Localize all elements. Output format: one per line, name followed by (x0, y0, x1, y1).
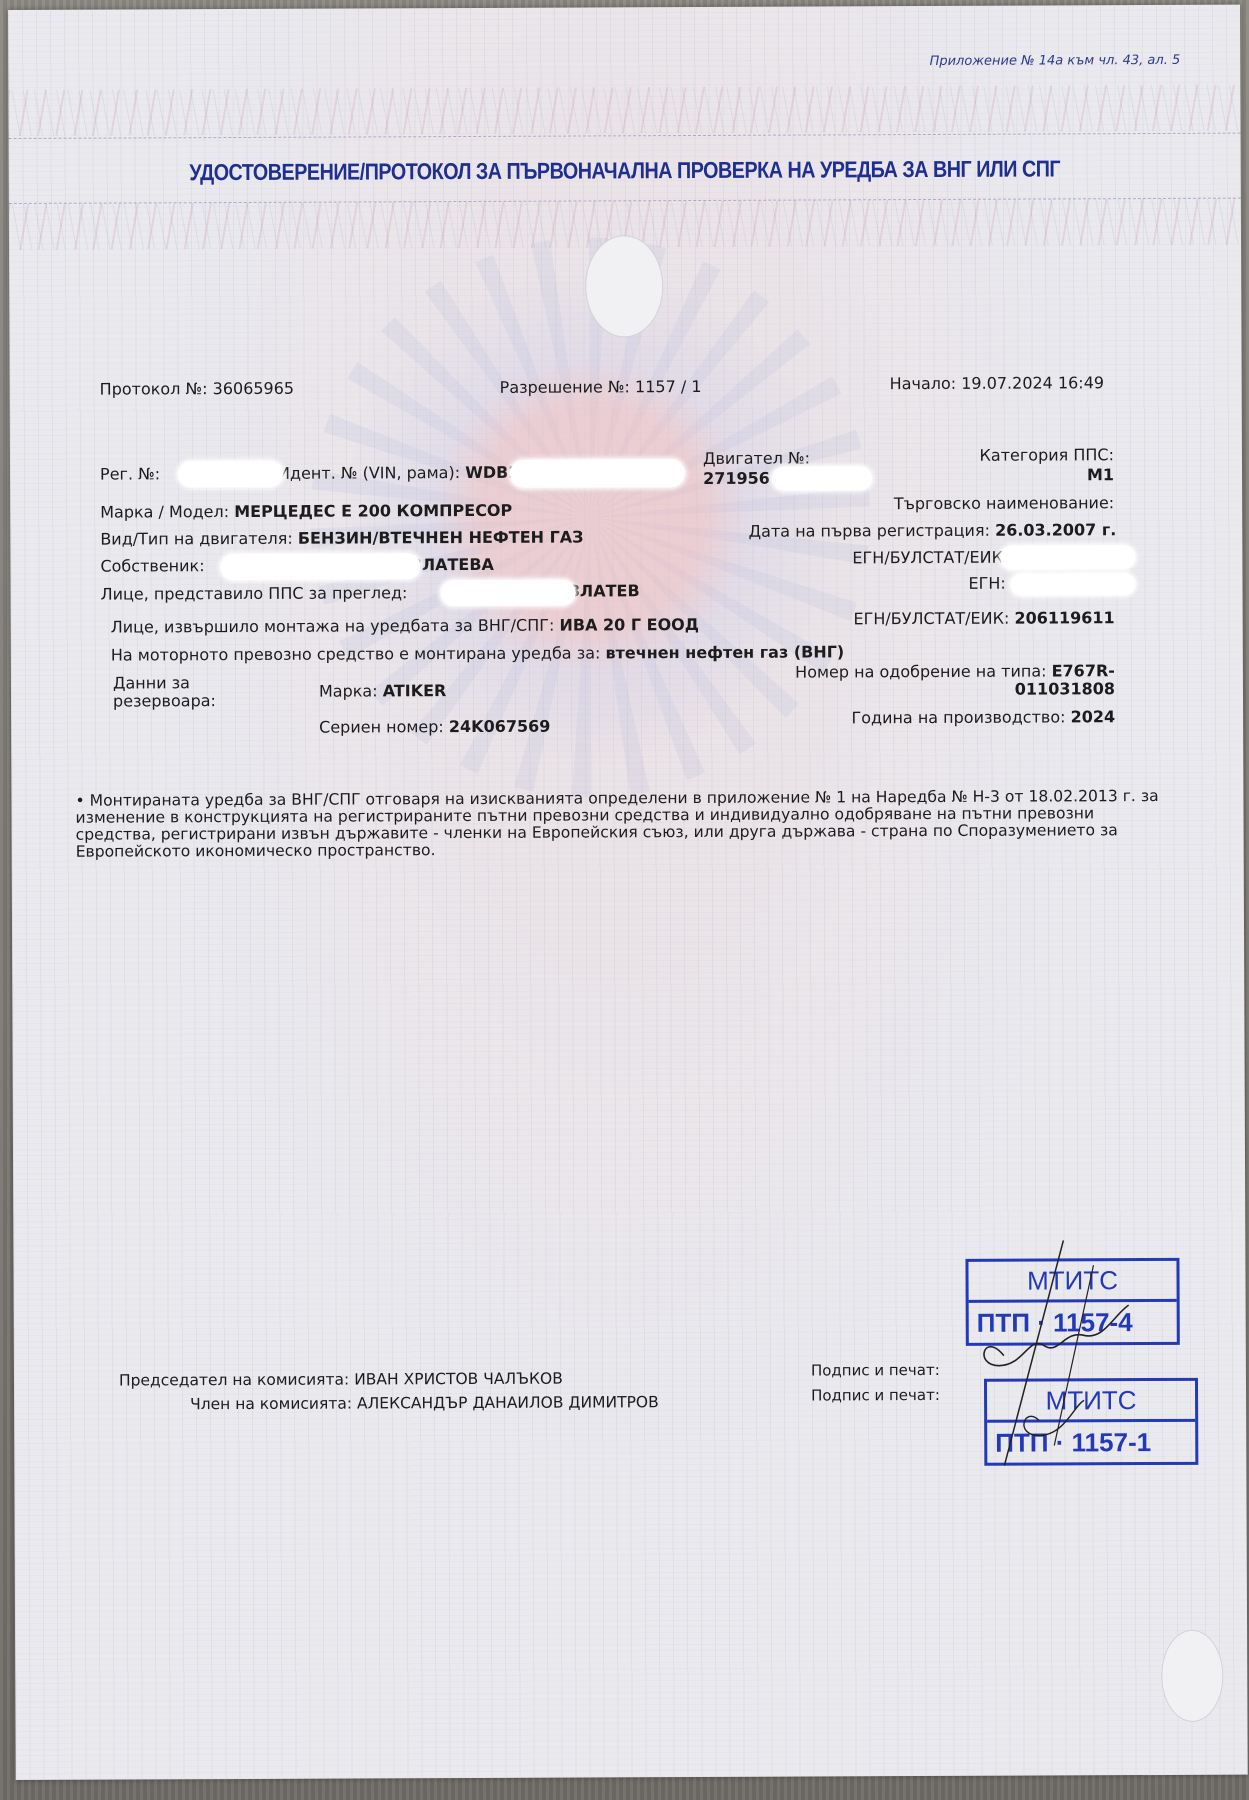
year-label: Година на производство: (851, 707, 1065, 727)
installer-label: Лице, извършило монтажа на уредбата за В… (111, 616, 555, 637)
certificate-sheet: Приложение № 14а към чл. 43, ал. 5 УДОСТ… (8, 5, 1248, 1780)
engine-type: Вид/Тип на двигателя: БЕНЗИН/ВТЕЧНЕН НЕФ… (100, 527, 583, 548)
tank-label-line1: Данни за (113, 674, 216, 692)
chair-label: Председател на комисията: (119, 1371, 349, 1390)
vin-label: Идент. № (VIN, рама): (278, 463, 460, 483)
redaction-reg-number (178, 461, 283, 487)
reg-label: Рег. №: (100, 464, 160, 483)
redaction-presenter-id (1010, 573, 1135, 596)
tank-serial: Сериен номер: 24K067569 (319, 717, 550, 737)
presenter: Лице, представило ППС за преглед: (101, 583, 408, 603)
tank-brand-value: ATIKER (383, 681, 447, 700)
signature-label-member: Подпис и печат: (811, 1386, 940, 1405)
make-model-label: Марка / Модел: (100, 502, 229, 522)
installed-system-label: На моторното превозно средство е монтира… (111, 643, 601, 664)
member-label: Член на комисията: (190, 1395, 352, 1414)
production-year: Година на производство: 2024 (851, 707, 1115, 727)
stamp-2-code: ПТП · 1157-1 (987, 1422, 1195, 1463)
annex-reference: Приложение № 14а към чл. 43, ал. 5 (930, 53, 1181, 69)
category-value: M1 (1087, 465, 1114, 484)
trade-name-label: Търговско наименование: (894, 493, 1114, 513)
first-reg-value: 26.03.2007 г. (995, 520, 1116, 540)
stamp-1-authority: МТИТС (968, 1261, 1176, 1303)
redaction-presenter (440, 580, 575, 607)
official-stamp-2: МТИТС ПТП · 1157-1 (984, 1378, 1198, 1466)
category-label: Категория ППС: (979, 445, 1114, 465)
permit-number: Разрешение №: 1157 / 1 (500, 377, 702, 397)
permit-label: Разрешение №: (500, 377, 630, 397)
tank-section-label: Данни за резервоара: (113, 674, 216, 710)
guilloche-band-top (8, 85, 1240, 136)
presenter-value: ЗЛАТЕВ (568, 581, 639, 600)
official-stamp-1: МТИТС ПТП · 1157-4 (965, 1258, 1179, 1346)
start-datetime: Начало: 19.07.2024 16:49 (890, 373, 1104, 393)
redaction-owner-id (1000, 545, 1135, 570)
chair-name: ИВАН ХРИСТОВ ЧАЛЪКОВ (354, 1370, 563, 1389)
watermark-oval-top (585, 235, 663, 337)
protocol-number: Протокол №: 36065965 (100, 379, 295, 399)
approval-label: Номер на одобрение на типа: (795, 661, 1046, 681)
type-approval: Номер на одобрение на типа: E767R- 01103… (795, 662, 1115, 699)
installed-system-value: втечнен нефтен газ (ВНГ) (605, 642, 844, 662)
presenter-text: ЗЛАТЕВ (568, 581, 639, 600)
redaction-engine-number (772, 466, 872, 490)
installer: Лице, извършило монтажа на уредбата за В… (111, 615, 699, 637)
document-title: УДОСТОВЕРЕНИЕ/ПРОТОКОЛ ЗА ПЪРВОНАЧАЛНА П… (95, 155, 1155, 187)
permit-value: 1157 / 1 (635, 377, 702, 396)
signature-label-chair: Подпис и печат: (811, 1361, 940, 1380)
commission-member: Член на комисията: АЛЕКСАНДЪР ДАНАИЛОВ Д… (190, 1393, 659, 1413)
owner-text: ЗЛАТЕВА (410, 555, 494, 574)
engine-number-value: 271956 (703, 469, 770, 488)
make-model: Марка / Модел: МЕРЦЕДЕС Е 200 КОМПРЕСОР (100, 501, 512, 522)
tank-label-line2: резервоара: (113, 692, 216, 710)
tank-brand-label: Марка: (319, 681, 378, 700)
tank-serial-value: 24K067569 (449, 717, 551, 736)
owner-label: Собственик: (100, 556, 204, 575)
presenter-label: Лице, представило ППС за преглед: (101, 583, 408, 603)
presenter-id-label: ЕГН: (968, 574, 1005, 593)
watermark-oval-bottom (1161, 1630, 1223, 1722)
stamp-1-code: ПТП · 1157-4 (969, 1302, 1177, 1343)
owner: Собственик: (100, 556, 204, 575)
protocol-value: 36065965 (213, 379, 295, 398)
approval-value-line2: 011031808 (1015, 679, 1115, 698)
start-label: Начало: (890, 374, 957, 393)
make-model-value: МЕРЦЕДЕС Е 200 КОМПРЕСОР (234, 501, 512, 521)
redaction-vin (510, 459, 685, 488)
registration-number: Рег. №: (100, 464, 160, 483)
member-name: АЛЕКСАНДЪР ДАНАИЛОВ ДИМИТРОВ (357, 1393, 659, 1412)
stamp-2-authority: МТИТС (987, 1381, 1195, 1423)
tank-brand: Марка: ATIKER (319, 681, 446, 701)
category-text: M1 (1087, 465, 1114, 484)
tank-serial-label: Сериен номер: (319, 717, 444, 737)
owner-id-label: ЕГН/БУЛСТАТ/ЕИК: (852, 548, 1008, 568)
protocol-label: Протокол №: (100, 379, 208, 398)
engine-type-label: Вид/Тип на двигателя: (100, 529, 292, 549)
installer-id-label: ЕГН/БУЛСТАТ/ЕИК: (853, 609, 1009, 629)
owner-value: ЗЛАТЕВА (410, 555, 494, 574)
engine-number-label: Двигател №: (703, 449, 810, 468)
installer-id: ЕГН/БУЛСТАТ/ЕИК: 206119611 (853, 608, 1114, 628)
installed-system: На моторното превозно средство е монтира… (111, 642, 844, 664)
installer-id-value: 206119611 (1014, 608, 1114, 627)
compliance-statement: • Монтираната уредба за ВНГ/СПГ отговаря… (75, 788, 1171, 861)
first-registration: Дата на първа регистрация: 26.03.2007 г. (749, 520, 1117, 541)
year-value: 2024 (1071, 707, 1116, 726)
first-reg-label: Дата на първа регистрация: (749, 521, 990, 541)
start-value: 19.07.2024 16:49 (961, 373, 1104, 393)
approval-value-line1: E767R- (1052, 661, 1115, 680)
engine-type-value: БЕНЗИН/ВТЕЧНЕН НЕФТЕН ГАЗ (298, 527, 584, 547)
installer-value: ИВА 20 Г ЕООД (559, 615, 699, 635)
engine-number-text: 271956 (703, 469, 770, 488)
commission-chair: Председател на комисията: ИВАН ХРИСТОВ Ч… (119, 1370, 563, 1390)
redaction-owner (220, 553, 420, 580)
